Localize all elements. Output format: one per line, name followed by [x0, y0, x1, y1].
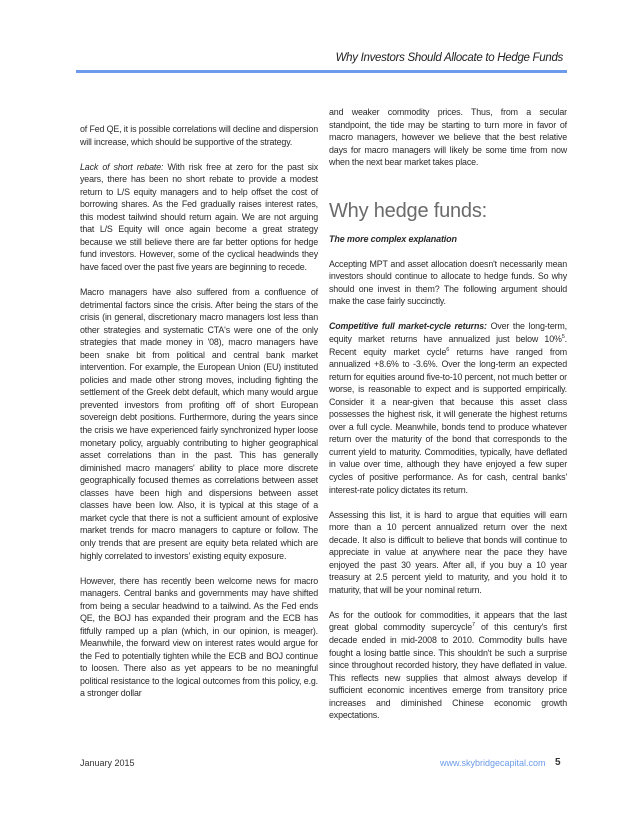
right-column: and weaker commodity prices. Thus, from … [329, 106, 567, 734]
footer-date: January 2015 [80, 758, 135, 768]
paragraph: Lack of short rebate: With risk free at … [80, 161, 318, 274]
paragraph: of Fed QE, it is possible correlations w… [80, 123, 318, 148]
paragraph: Accepting MPT and asset allocation doesn… [329, 258, 567, 308]
paragraph: However, there has recently been welcome… [80, 575, 318, 700]
footer-url-link[interactable]: www.skybridgecapital.com [440, 758, 546, 768]
paragraph-lead: Lack of short rebate: [80, 162, 163, 172]
paragraph: and weaker commodity prices. Thus, from … [329, 106, 567, 169]
page-number: 5 [555, 757, 561, 768]
paragraph-body: With risk free at zero for the past six … [80, 162, 318, 272]
section-heading: Why hedge funds: [329, 199, 567, 223]
paragraph: Competitive full market-cycle returns: O… [329, 320, 567, 496]
paragraph-lead: Competitive full market-cycle returns: [329, 321, 487, 331]
paragraph: Assessing this list, it is hard to argue… [329, 509, 567, 597]
header-rule [76, 70, 567, 73]
paragraph: Macro managers have also suffered from a… [80, 286, 318, 562]
paragraph-body: returns have ranged from annualized +8.6… [329, 347, 567, 495]
left-column: of Fed QE, it is possible correlations w… [80, 123, 318, 713]
subheading: The more complex explanation [329, 233, 567, 246]
running-header-title: Why Investors Should Allocate to Hedge F… [300, 52, 563, 64]
paragraph: As for the outlook for commodities, it a… [329, 609, 567, 722]
paragraph-body: of this century's first decade ended in … [329, 622, 567, 720]
